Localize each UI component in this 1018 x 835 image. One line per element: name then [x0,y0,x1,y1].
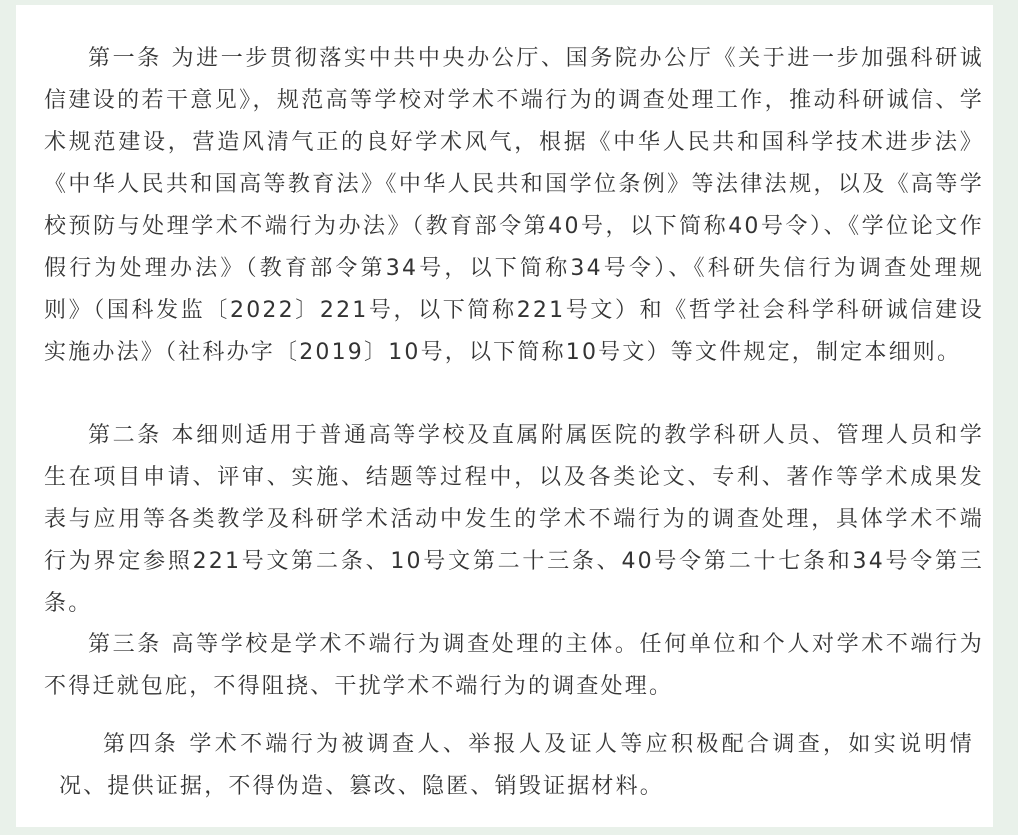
article-3-paragraph: 第三条 高等学校是学术不端行为调查处理的主体。任何单位和个人对学术不端行为不得迁… [44,624,984,708]
document-page: 第一条 为进一步贯彻落实中共中央办公厅、国务院办公厅《关于进一步加强科研诚信建设… [16,5,993,827]
article-4-paragraph: 第四条 学术不端行为被调查人、举报人及证人等应积极配合调查，如实说明情况、提供证… [59,724,974,808]
article-2-paragraph: 第二条 本细则适用于普通高等学校及直属附属医院的教学科研人员、管理人员和学生在项… [44,415,984,625]
article-1-paragraph: 第一条 为进一步贯彻落实中共中央办公厅、国务院办公厅《关于进一步加强科研诚信建设… [44,38,984,374]
